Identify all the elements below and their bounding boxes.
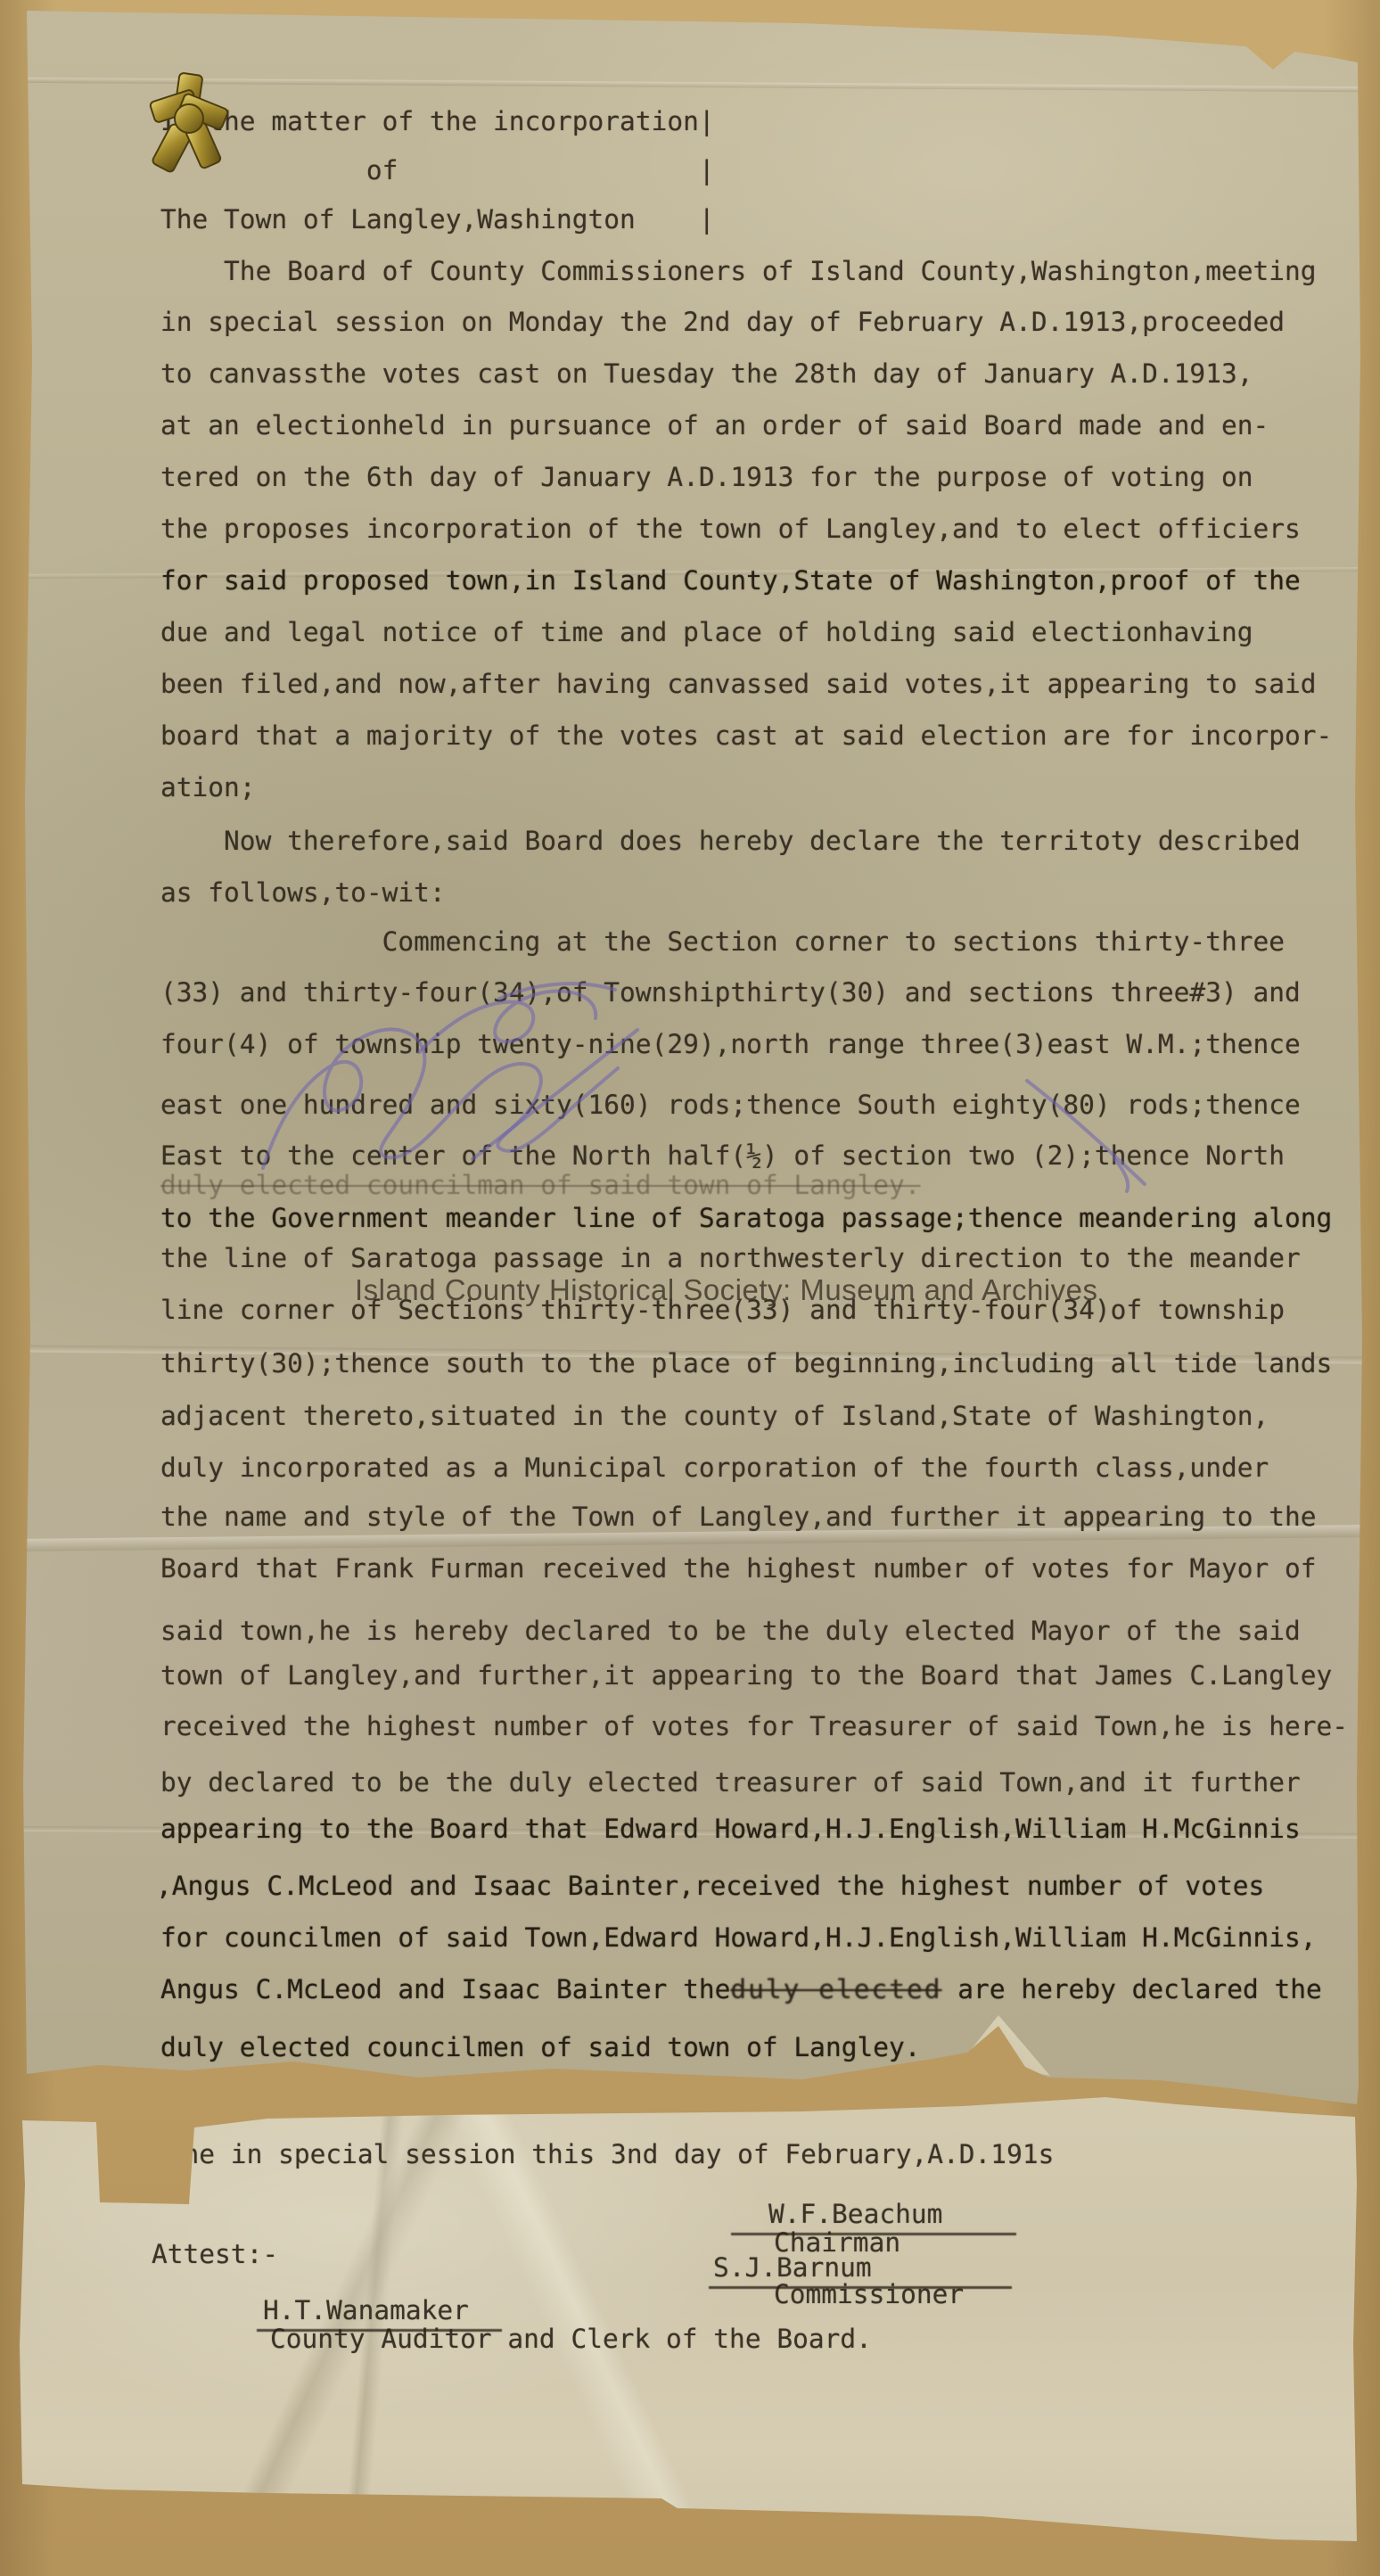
typewritten-line: four(4) of township twenty-nine(29),nort… [160,1031,1301,1058]
typewritten-line: east one hundred and sixty(160) rods;the… [160,1091,1301,1118]
typewritten-line: East to the center of the North half(½) … [160,1142,1285,1169]
typewritten-line: as follows,to-wit: [160,879,446,906]
typewritten-line: In the matter of the incorporation| [160,108,715,135]
typewritten-line: to the Government meander line of Sarato… [160,1205,1332,1231]
typewritten-line: Attest:- [152,2241,278,2267]
typewritten-line: to canvassthe votes cast on Tuesday the … [160,360,1253,387]
typewritten-line: ,Angus C.McLeod and Isaac Bainter,receiv… [156,1872,1264,1899]
typewritten-line: W.F.Beachum [768,2201,942,2227]
typewritten-line: for councilmen of said Town,Edward Howar… [160,1924,1317,1951]
paper-upper-piece: In the matter of the incorporation| of |… [0,0,1380,2113]
typewritten-line: ation; [160,774,256,801]
typewritten-text: Angus C.McLeod and Isaac Bainter the [160,1974,730,2004]
typewritten-line: received the highest number of votes for… [160,1713,1348,1740]
typewritten-line: duly elected councilman of said town of … [160,1172,921,1198]
typewritten-line: appearing to the Board that Edward Howar… [160,1815,1301,1842]
typewritten-line: duly incorporated as a Municipal corpora… [160,1454,1269,1481]
typewritten-line: Board that Frank Furman received the hig… [160,1555,1317,1582]
paper-lower-piece: Done in special session this 3nd day of … [0,2078,1380,2576]
typewritten-line: the name and style of the Town of Langle… [160,1503,1317,1530]
typewritten-line: tered on the 6th day of January A.D.1913… [160,464,1253,490]
typed-underline [709,2286,1012,2289]
typewritten-line: board that a majority of the votes cast … [160,722,1332,749]
typewritten-line: the line of Saratoga passage in a northw… [160,1245,1301,1272]
typewritten-line: Now therefore,said Board does hereby dec… [160,827,1301,854]
typewritten-line: H.T.Wanamaker [263,2297,469,2324]
typewritten-line: at an electionheld in pursuance of an or… [160,412,1269,439]
typewritten-line: Commissioner [774,2281,964,2308]
typewritten-line: said town,he is hereby declared to be th… [160,1617,1301,1644]
typewritten-line: duly elected councilmen of said town of … [160,2034,921,2061]
typewritten-line: The Town of Langley,Washington | [160,206,715,233]
typewritten-line: Angus C.McLeod and Isaac Bainter theduly… [160,1976,1322,2003]
archival-scan: { "meta": { "watermark": "Island County … [0,0,1380,2576]
typewritten-line: Commencing at the Section corner to sect… [160,928,1285,955]
typewritten-line: due and legal notice of time and place o… [160,619,1253,646]
typewritten-line: thirty(30);thence south to the place of … [160,1350,1332,1377]
typewritten-line: by declared to be the duly elected treas… [160,1769,1301,1796]
archive-watermark: Island County Historical Society: Museum… [355,1273,1098,1307]
typed-underline [731,2233,1016,2235]
typed-underline [257,2329,502,2332]
typewritten-line: town of Langley,and further,it appearing… [160,1662,1332,1689]
typewritten-line: The Board of County Commissioners of Isl… [160,258,1317,284]
typewritten-line: Done in special session this 3nd day of … [152,2141,1054,2168]
typewritten-line: in special session on Monday the 2nd day… [160,309,1285,335]
typewritten-line: S.J.Barnum [713,2254,872,2281]
typewritten-line: adjacent thereto,situated in the county … [160,1403,1269,1429]
typewritten-line: (33) and thirty-four(34),of Townshipthir… [160,979,1301,1006]
typewritten-line: of | [160,157,715,184]
typewritten-text: are hereby declared the [942,1974,1322,2004]
typewritten-line: been filed,and now,after having canvasse… [160,671,1317,697]
typewritten-line: for said proposed town,in Island County,… [160,567,1301,594]
typewritten-line: the proposes incorporation of the town o… [160,515,1301,542]
overstruck-text: duly elected [730,1974,941,2004]
